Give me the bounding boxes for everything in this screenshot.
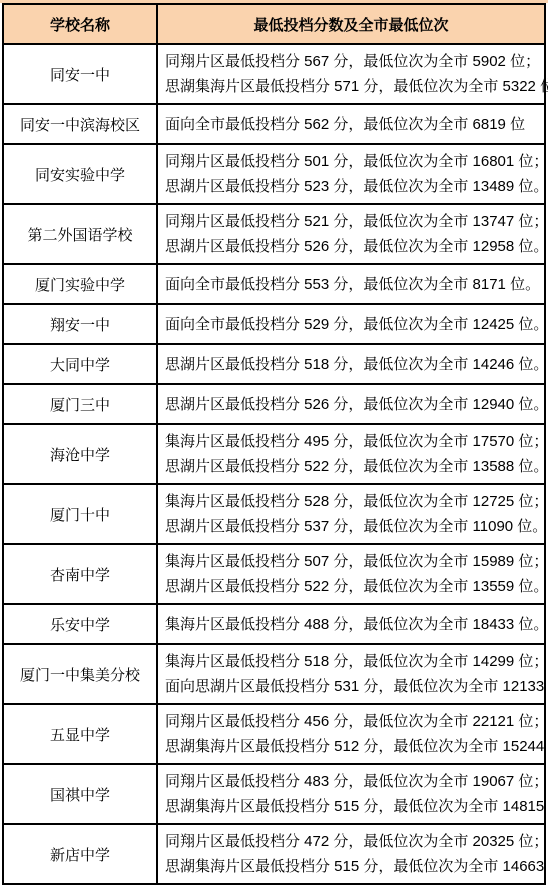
school-name-cell: 同安一中 — [3, 44, 157, 104]
score-detail-cell: 同翔片区最低投档分 567 分，最低位次为全市 5902 位；思湖集海片区最低投… — [157, 44, 545, 104]
school-name-cell: 同安实验中学 — [3, 144, 157, 204]
school-name-cell: 翔安一中 — [3, 304, 157, 344]
score-detail-line: 思湖集海片区最低投档分 515 分，最低位次为全市 14815 位。 — [165, 794, 540, 819]
header-row: 学校名称 最低投档分数及全市最低位次 — [3, 4, 545, 44]
score-detail-line: 集海片区最低投档分 495 分，最低位次为全市 17570 位； — [165, 429, 540, 454]
school-name-cell: 厦门一中集美分校 — [3, 644, 157, 704]
table-row: 厦门一中集美分校集海片区最低投档分 518 分，最低位次为全市 14299 位；… — [3, 644, 545, 704]
school-name-cell: 新店中学 — [3, 824, 157, 884]
score-detail-line: 思湖集海片区最低投档分 515 分，最低位次为全市 14663 位。 — [165, 854, 540, 879]
score-detail-cell: 思湖片区最低投档分 526 分，最低位次为全市 12940 位。 — [157, 384, 545, 424]
table-row: 乐安中学集海片区最低投档分 488 分，最低位次为全市 18433 位。 — [3, 604, 545, 644]
score-detail-cell: 集海片区最低投档分 488 分，最低位次为全市 18433 位。 — [157, 604, 545, 644]
score-detail-line: 思湖片区最低投档分 526 分，最低位次为全市 12940 位。 — [165, 392, 540, 417]
column-header-school-name: 学校名称 — [3, 4, 157, 44]
score-detail-line: 面向全市最低投档分 562 分，最低位次为全市 6819 位 — [165, 112, 540, 137]
score-detail-cell: 集海片区最低投档分 507 分，最低位次为全市 15989 位；思湖片区最低投档… — [157, 544, 545, 604]
score-detail-cell: 面向全市最低投档分 562 分，最低位次为全市 6819 位 — [157, 104, 545, 144]
score-detail-line: 集海片区最低投档分 488 分，最低位次为全市 18433 位。 — [165, 612, 540, 637]
table-row: 海沧中学集海片区最低投档分 495 分，最低位次为全市 17570 位；思湖片区… — [3, 424, 545, 484]
score-detail-line: 思湖片区最低投档分 537 分，最低位次为全市 11090 位。 — [165, 514, 540, 539]
school-name-cell: 厦门三中 — [3, 384, 157, 424]
score-detail-line: 面向全市最低投档分 553 分，最低位次为全市 8171 位。 — [165, 272, 540, 297]
table-row: 厦门十中集海片区最低投档分 528 分，最低位次为全市 12725 位；思湖片区… — [3, 484, 545, 544]
page: 学校名称 最低投档分数及全市最低位次 同安一中同翔片区最低投档分 567 分，最… — [0, 0, 548, 889]
table-row: 五显中学同翔片区最低投档分 456 分，最低位次为全市 22121 位；思湖集海… — [3, 704, 545, 764]
score-detail-line: 同翔片区最低投档分 472 分，最低位次为全市 20325 位； — [165, 829, 540, 854]
table-body: 同安一中同翔片区最低投档分 567 分，最低位次为全市 5902 位；思湖集海片… — [3, 44, 545, 884]
score-detail-line: 思湖片区最低投档分 522 分，最低位次为全市 13588 位。 — [165, 454, 540, 479]
score-detail-line: 面向思湖片区最低投档分 531 分，最低位次为全市 12133 位。 — [165, 674, 540, 699]
school-name-cell: 五显中学 — [3, 704, 157, 764]
score-detail-line: 同翔片区最低投档分 483 分，最低位次为全市 19067 位； — [165, 769, 540, 794]
column-header-score-rank: 最低投档分数及全市最低位次 — [157, 4, 545, 44]
score-detail-line: 思湖集海片区最低投档分 571 分，最低位次为全市 5322 位。 — [165, 74, 540, 99]
score-detail-line: 同翔片区最低投档分 501 分，最低位次为全市 16801 位； — [165, 149, 540, 174]
school-name-cell: 大同中学 — [3, 344, 157, 384]
score-detail-cell: 同翔片区最低投档分 483 分，最低位次为全市 19067 位；思湖集海片区最低… — [157, 764, 545, 824]
school-name-cell: 杏南中学 — [3, 544, 157, 604]
table-row: 同安一中滨海校区面向全市最低投档分 562 分，最低位次为全市 6819 位 — [3, 104, 545, 144]
school-name-cell: 海沧中学 — [3, 424, 157, 484]
score-detail-cell: 集海片区最低投档分 528 分，最低位次为全市 12725 位；思湖片区最低投档… — [157, 484, 545, 544]
table-row: 翔安一中面向全市最低投档分 529 分，最低位次为全市 12425 位。 — [3, 304, 545, 344]
school-name-cell: 乐安中学 — [3, 604, 157, 644]
score-detail-line: 集海片区最低投档分 507 分，最低位次为全市 15989 位； — [165, 549, 540, 574]
score-detail-cell: 集海片区最低投档分 518 分，最低位次为全市 14299 位；面向思湖片区最低… — [157, 644, 545, 704]
score-detail-line: 思湖片区最低投档分 518 分，最低位次为全市 14246 位。 — [165, 352, 540, 377]
table-row: 同安实验中学同翔片区最低投档分 501 分，最低位次为全市 16801 位；思湖… — [3, 144, 545, 204]
score-detail-cell: 面向全市最低投档分 553 分，最低位次为全市 8171 位。 — [157, 264, 545, 304]
score-detail-line: 思湖片区最低投档分 522 分，最低位次为全市 13559 位。 — [165, 574, 540, 599]
table-row: 新店中学同翔片区最低投档分 472 分，最低位次为全市 20325 位；思湖集海… — [3, 824, 545, 884]
school-name-cell: 第二外国语学校 — [3, 204, 157, 264]
table-row: 同安一中同翔片区最低投档分 567 分，最低位次为全市 5902 位；思湖集海片… — [3, 44, 545, 104]
table-row: 国祺中学同翔片区最低投档分 483 分，最低位次为全市 19067 位；思湖集海… — [3, 764, 545, 824]
table-row: 厦门三中思湖片区最低投档分 526 分，最低位次为全市 12940 位。 — [3, 384, 545, 424]
score-detail-line: 同翔片区最低投档分 521 分，最低位次为全市 13747 位； — [165, 209, 540, 234]
score-detail-cell: 同翔片区最低投档分 456 分，最低位次为全市 22121 位；思湖集海片区最低… — [157, 704, 545, 764]
score-detail-line: 思湖集海片区最低投档分 512 分，最低位次为全市 15244 位。 — [165, 734, 540, 759]
table-row: 大同中学思湖片区最低投档分 518 分，最低位次为全市 14246 位。 — [3, 344, 545, 384]
table-row: 杏南中学集海片区最低投档分 507 分，最低位次为全市 15989 位；思湖片区… — [3, 544, 545, 604]
table-row: 第二外国语学校同翔片区最低投档分 521 分，最低位次为全市 13747 位；思… — [3, 204, 545, 264]
score-detail-line: 同翔片区最低投档分 567 分，最低位次为全市 5902 位； — [165, 49, 540, 74]
score-detail-line: 面向全市最低投档分 529 分，最低位次为全市 12425 位。 — [165, 312, 540, 337]
score-detail-cell: 同翔片区最低投档分 501 分，最低位次为全市 16801 位；思湖片区最低投档… — [157, 144, 545, 204]
score-detail-cell: 同翔片区最低投档分 472 分，最低位次为全市 20325 位；思湖集海片区最低… — [157, 824, 545, 884]
school-name-cell: 厦门实验中学 — [3, 264, 157, 304]
school-name-cell: 国祺中学 — [3, 764, 157, 824]
score-detail-line: 同翔片区最低投档分 456 分，最低位次为全市 22121 位； — [165, 709, 540, 734]
score-detail-cell: 面向全市最低投档分 529 分，最低位次为全市 12425 位。 — [157, 304, 545, 344]
school-name-cell: 厦门十中 — [3, 484, 157, 544]
score-detail-line: 思湖片区最低投档分 526 分，最低位次为全市 12958 位。 — [165, 234, 540, 259]
score-detail-cell: 思湖片区最低投档分 518 分，最低位次为全市 14246 位。 — [157, 344, 545, 384]
score-detail-line: 集海片区最低投档分 528 分，最低位次为全市 12725 位； — [165, 489, 540, 514]
score-detail-line: 集海片区最低投档分 518 分，最低位次为全市 14299 位； — [165, 649, 540, 674]
score-detail-line: 思湖片区最低投档分 523 分，最低位次为全市 13489 位。 — [165, 174, 540, 199]
school-name-cell: 同安一中滨海校区 — [3, 104, 157, 144]
admission-score-table: 学校名称 最低投档分数及全市最低位次 同安一中同翔片区最低投档分 567 分，最… — [2, 3, 546, 885]
score-detail-cell: 集海片区最低投档分 495 分，最低位次为全市 17570 位；思湖片区最低投档… — [157, 424, 545, 484]
table-row: 厦门实验中学面向全市最低投档分 553 分，最低位次为全市 8171 位。 — [3, 264, 545, 304]
score-detail-cell: 同翔片区最低投档分 521 分，最低位次为全市 13747 位；思湖片区最低投档… — [157, 204, 545, 264]
